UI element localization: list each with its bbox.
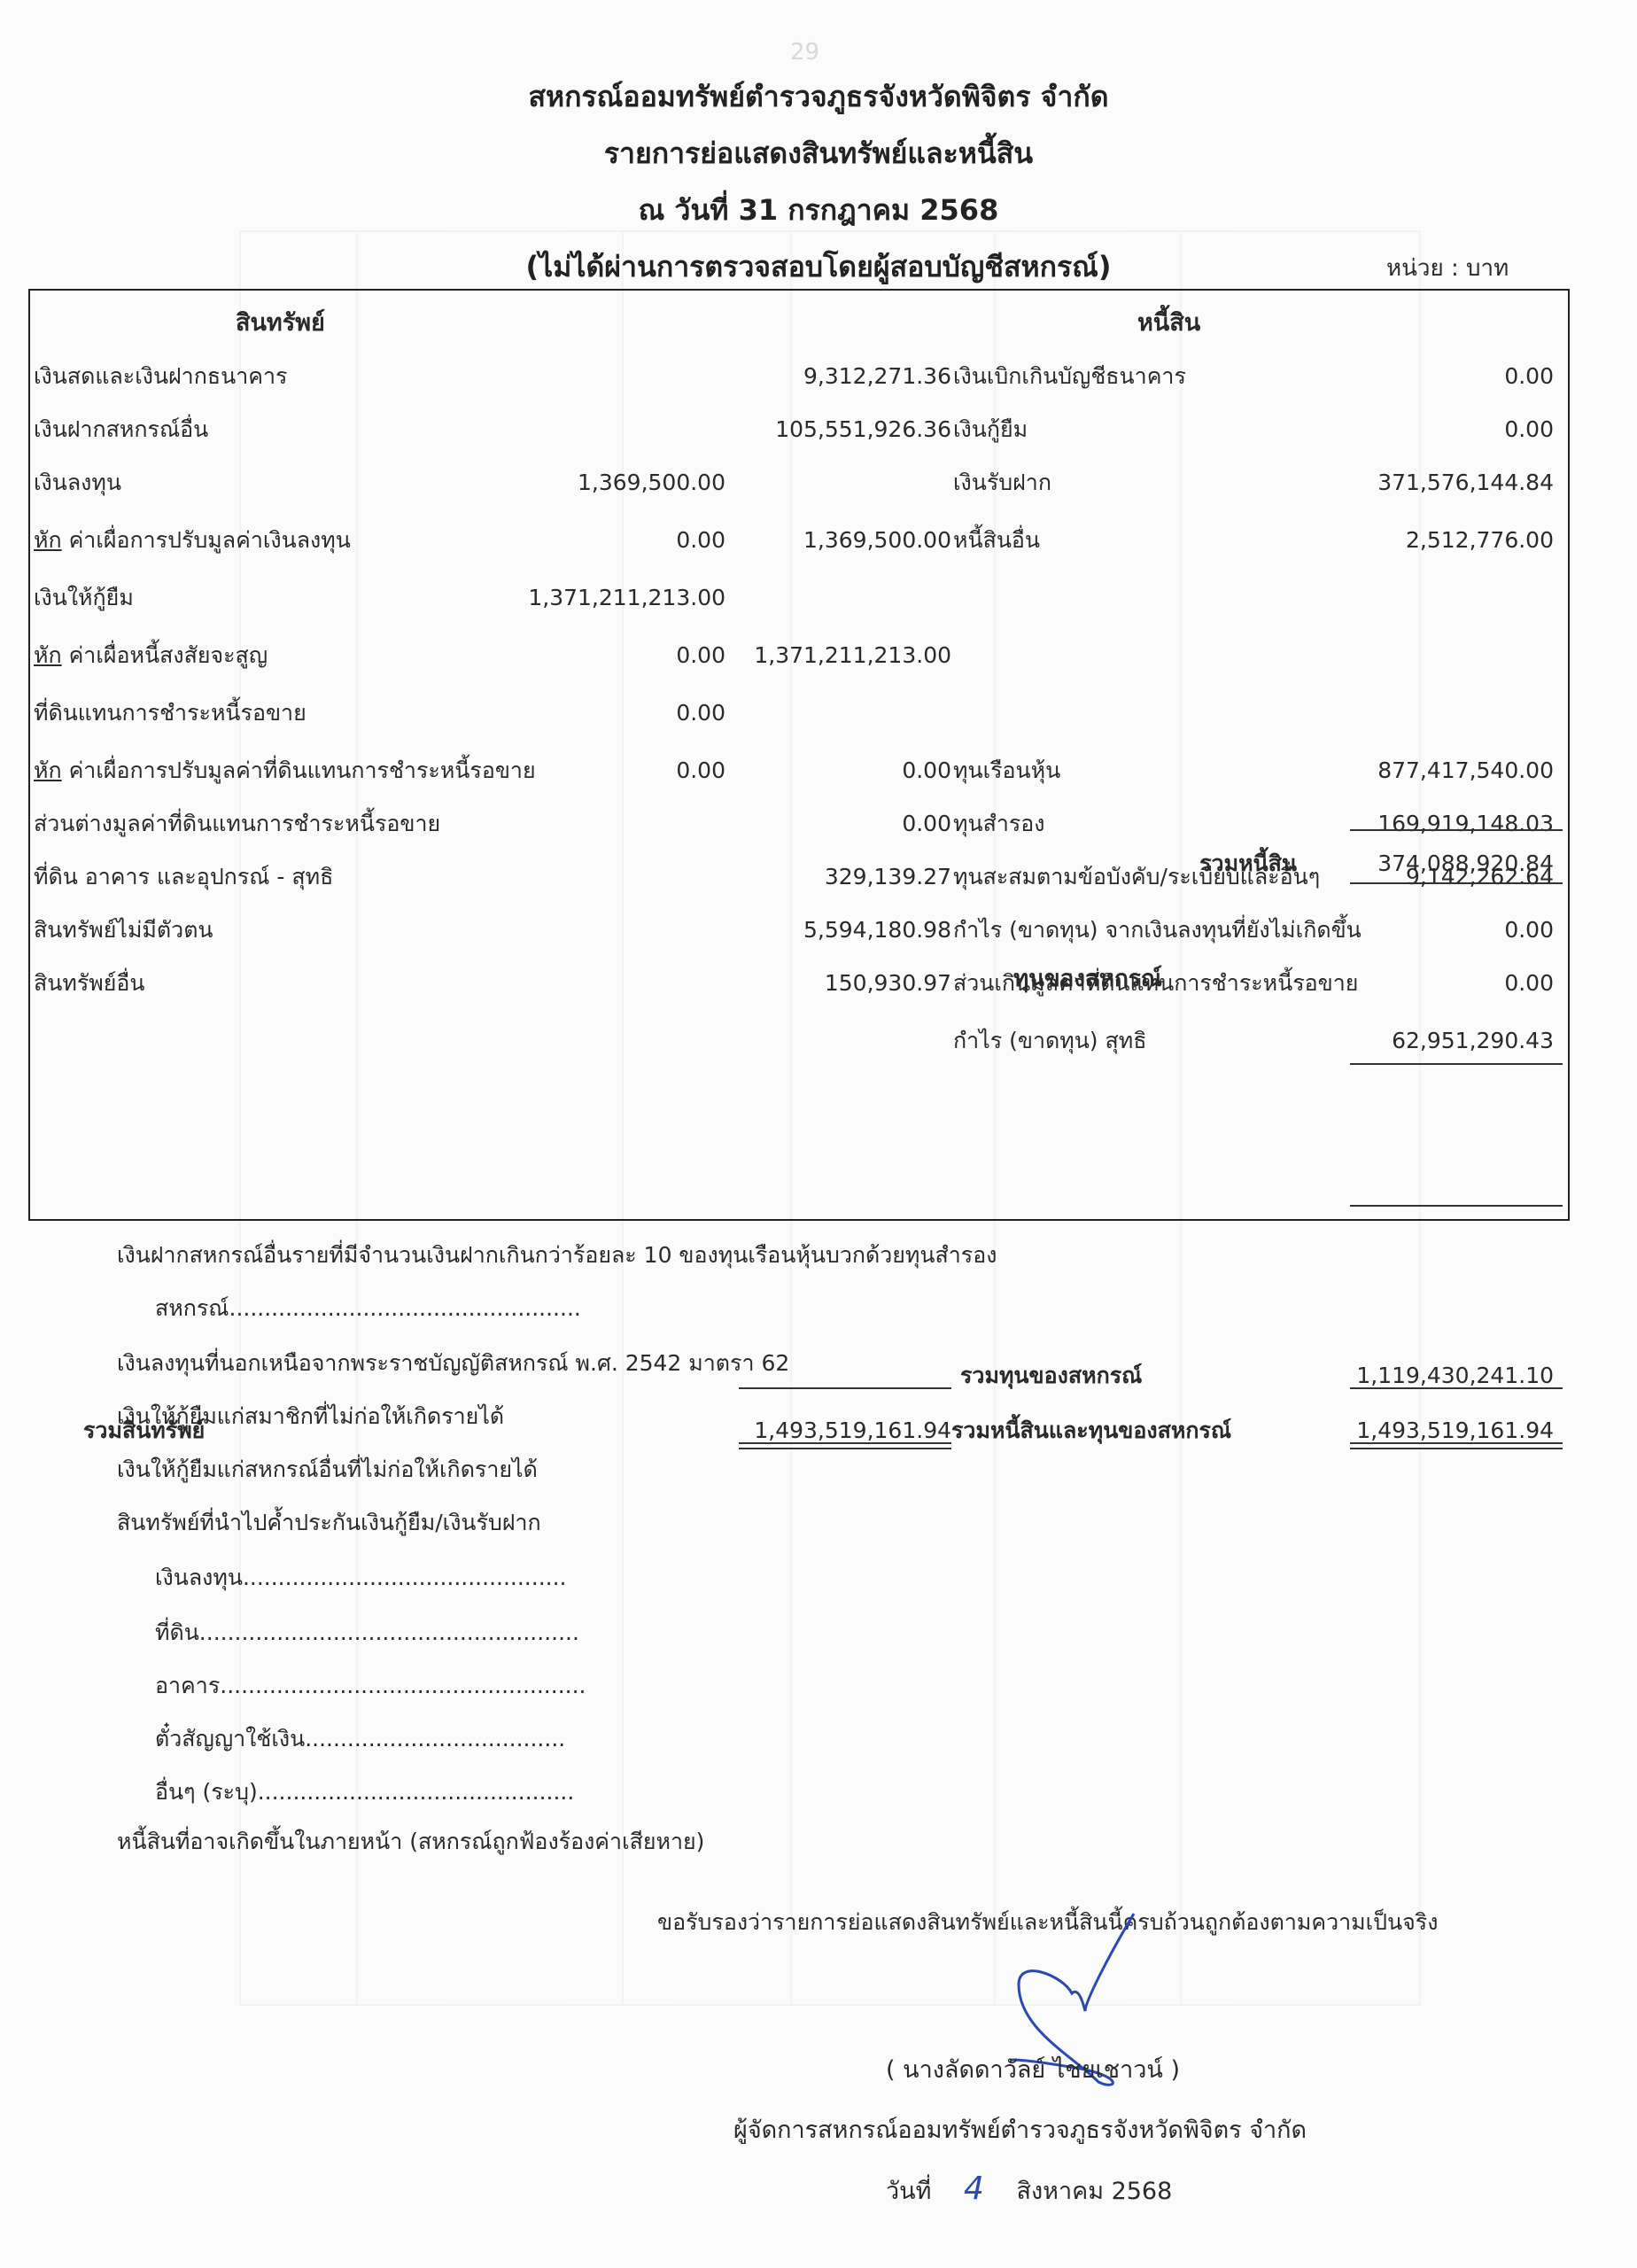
liabilities-heading: หนี้สิน [1137, 308, 1200, 338]
balance-sheet-table: สินทรัพย์ หนี้สิน เงินสดและเงินฝากธนาคาร… [28, 289, 1570, 1221]
assets-heading: สินทรัพย์ [236, 308, 325, 338]
asset-total-value: 9,312,271.36 [703, 361, 951, 392]
total-liabilities-label: รวมหนี้สิน [1005, 849, 1297, 879]
equity-heading: ทุนของสหกรณ์ [1013, 964, 1162, 994]
asset-label: ส่วนต่างมูลค่าที่ดินแทนการชำระหนี้รอขาย [34, 809, 440, 839]
page-number: 29 [790, 39, 819, 66]
liability-value: 371,576,144.84 [1306, 468, 1554, 498]
note-line: เงินลงทุน...............................… [155, 1563, 567, 1593]
asset-total-value: 105,551,926.36 [703, 415, 951, 445]
equity-label: กำไร (ขาดทุน) สุทธิ [953, 1026, 1147, 1056]
equity-value: 0.00 [1306, 915, 1554, 945]
asset-total-value: 329,139.27 [703, 862, 951, 892]
asset-label: ที่ดินแทนการชำระหนี้รอขาย [34, 698, 306, 728]
grand-total-value: 1,493,519,161.94 [1306, 1416, 1554, 1446]
equity-label: ทุนสำรอง [953, 809, 1045, 839]
note-line: เงินให้กู้ยืมแก่สหกรณ์อื่นที่ไม่ก่อให้เก… [117, 1455, 538, 1485]
asset-label: หัก ค่าเผื่อการปรับมูลค่าที่ดินแทนการชำร… [34, 756, 536, 786]
note-line: เงินให้กู้ยืมแก่สมาชิกที่ไม่ก่อให้เกิดรา… [117, 1402, 504, 1432]
liability-value: 0.00 [1306, 415, 1554, 445]
signer-name: ( นางลัดดาวัลย์ ไชยเชาวน์ ) [886, 2050, 1180, 2088]
note-line: หนี้สินที่อาจเกิดขึ้นในภายหน้า (สหกรณ์ถู… [117, 1827, 704, 1857]
asset-label: เงินฝากสหกรณ์อื่น [34, 415, 208, 445]
equity-value: 169,919,148.03 [1306, 809, 1554, 839]
note-line: สหกรณ์..................................… [155, 1293, 581, 1324]
asset-sub-value: 1,371,211,213.00 [473, 583, 725, 613]
equity-label: ทุนเรือนหุ้น [953, 756, 1060, 786]
liability-label: เงินกู้ยืม [953, 415, 1028, 445]
asset-sub-value: 0.00 [473, 698, 725, 728]
asset-label: เงินสดและเงินฝากธนาคาร [34, 361, 287, 392]
liability-value: 2,512,776.00 [1306, 525, 1554, 555]
asset-label: ที่ดิน อาคาร และอุปกรณ์ - สุทธิ [34, 862, 333, 892]
equity-value: 62,951,290.43 [1306, 1026, 1554, 1056]
equity-label: กำไร (ขาดทุน) จากเงินลงทุนที่ยังไม่เกิดข… [953, 915, 1362, 945]
liability-value: 0.00 [1306, 361, 1554, 392]
liability-label: หนี้สินอื่น [953, 525, 1040, 555]
note-line: อื่นๆ (ระบุ)............................… [155, 1777, 574, 1807]
signer-position: ผู้จัดการสหกรณ์ออมทรัพย์ตำรวจภูธรจังหวัด… [733, 2110, 1307, 2148]
note-line: สินทรัพย์ที่นำไปค้ำประกันเงินกู้ยืม/เงิน… [117, 1508, 541, 1538]
asset-label: สินทรัพย์ไม่มีตัวตน [34, 915, 213, 945]
handwritten-day: 4 [964, 2171, 984, 2207]
asset-total-value: 1,371,211,213.00 [703, 641, 951, 671]
asset-label: เงินให้กู้ยืม [34, 583, 134, 613]
report-title: รายการย่อแสดงสินทรัพย์และหนี้สิน [0, 131, 1637, 176]
asset-sub-value: 0.00 [473, 756, 725, 786]
unit-label: หน่วย : บาท [1386, 250, 1509, 286]
liability-label: เงินรับฝาก [953, 468, 1051, 498]
note-line: เงินฝากสหกรณ์อื่นรายที่มีจำนวนเงินฝากเกิ… [117, 1240, 997, 1270]
asset-label: สินทรัพย์อื่น [34, 968, 145, 998]
asset-total-value: 0.00 [703, 809, 951, 839]
total-liabilities-value: 374,088,920.84 [1315, 849, 1554, 879]
asset-total-value: 0.00 [703, 756, 951, 786]
asset-sub-value: 0.00 [473, 525, 725, 555]
note-line: เงินลงทุนที่นอกเหนือจากพระราชบัญญัติสหกร… [117, 1348, 789, 1379]
total-assets-value: 1,493,519,161.94 [703, 1416, 951, 1446]
asset-label: หัก ค่าเผื่อการปรับมูลค่าเงินลงทุน [34, 525, 351, 555]
equity-value: 877,417,540.00 [1306, 756, 1554, 786]
total-equity-label: รวมทุนของสหกรณ์ [960, 1361, 1142, 1391]
signed-date: วันที่ 4 สิงหาคม 2568 [886, 2171, 1172, 2210]
note-line: ตั๋วสัญญาใช้เงิน........................… [155, 1724, 565, 1754]
note-line: อาคาร...................................… [155, 1671, 586, 1701]
asset-total-value: 5,594,180.98 [703, 915, 951, 945]
total-equity-value: 1,119,430,241.10 [1306, 1361, 1554, 1391]
asset-label: เงินลงทุน [34, 468, 121, 498]
equity-value: 0.00 [1306, 968, 1554, 998]
grand-total-label: รวมหนี้สินและทุนของสหกรณ์ [951, 1416, 1231, 1446]
liability-label: เงินเบิกเกินบัญชีธนาคาร [953, 361, 1186, 392]
asset-total-value: 150,930.97 [703, 968, 951, 998]
note-line: ที่ดิน..................................… [155, 1618, 579, 1648]
asset-sub-value: 0.00 [473, 641, 725, 671]
org-name: สหกรณ์ออมทรัพย์ตำรวจภูธรจังหวัดพิจิตร จำ… [0, 74, 1637, 120]
report-date: ณ วันที่ 31 กรกฎาคม 2568 [0, 188, 1637, 233]
asset-total-value: 1,369,500.00 [703, 525, 951, 555]
asset-sub-value: 1,369,500.00 [473, 468, 725, 498]
asset-label: หัก ค่าเผื่อหนี้สงสัยจะสูญ [34, 641, 268, 671]
